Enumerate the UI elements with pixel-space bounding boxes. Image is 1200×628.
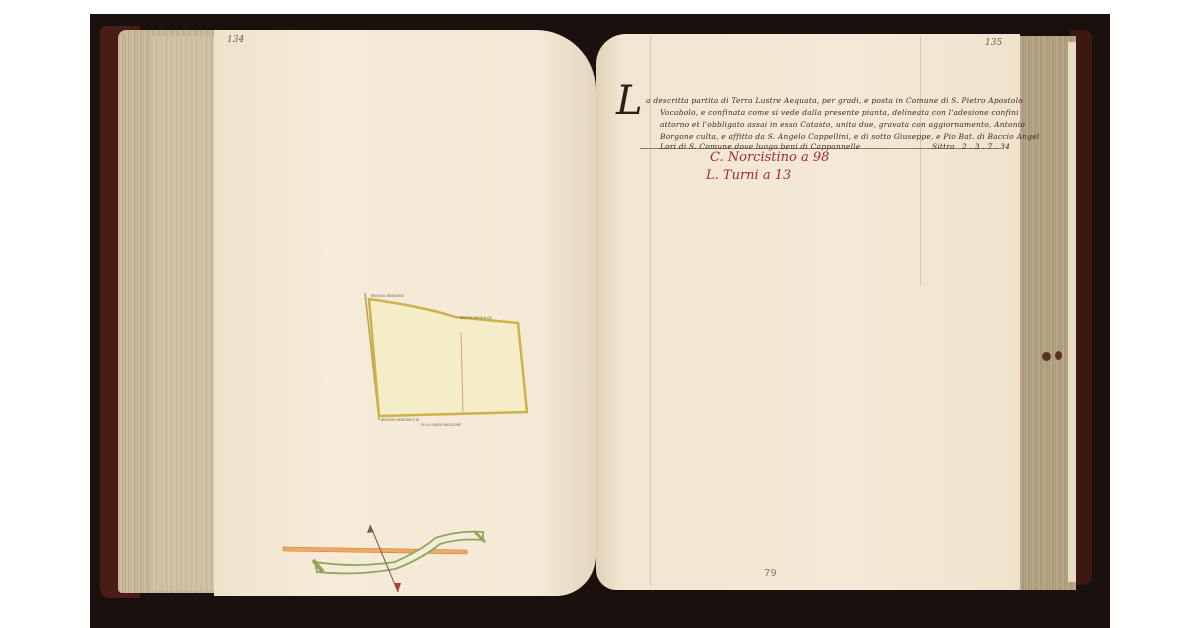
page-edges-right-margin (1068, 42, 1076, 582)
page-edges-left-inner (150, 36, 220, 591)
entry-initial: L (616, 78, 643, 124)
right-folio-number: 135 (985, 38, 1002, 48)
plot-label-bottom: BENI DEI MEDESIMI E DI (381, 418, 419, 422)
margin-rule-right (920, 36, 921, 286)
entry-line-3: attorno et l'obbligato assai in esso Cat… (660, 119, 1025, 131)
ink-stain (1042, 352, 1051, 361)
plot-label-bottom-2: DI LA CHIESA MAGGIORE (421, 423, 461, 427)
left-folio-number: 134 (227, 35, 244, 45)
plot-label-top-right: BENI DI ORSOLA DE (460, 316, 492, 320)
entry-line-1: a descritta partita di Terra Lustre Aequ… (646, 95, 1023, 107)
red-annotation-1: C. Norcistino a 98 (710, 150, 829, 165)
orientation-map (275, 520, 495, 600)
ink-stain (1055, 351, 1062, 360)
page-number: 79 (764, 568, 777, 579)
plot-map: BENI DEL MEDESIMO BENI DI ORSOLA DE BENI… (355, 285, 535, 435)
entry-total-value: 2 . 3 . 7 . 34 (962, 141, 1010, 153)
entry-line-2: Vocabolo, e confinata come si vede dalla… (660, 107, 1019, 119)
margin-rule-left (650, 36, 651, 586)
red-annotation-2: L. Turni a 13 (706, 168, 791, 183)
plot-label-top-left: BENI DEL MEDESIMO (371, 294, 405, 298)
entry-total-label: Sittra (932, 141, 955, 153)
